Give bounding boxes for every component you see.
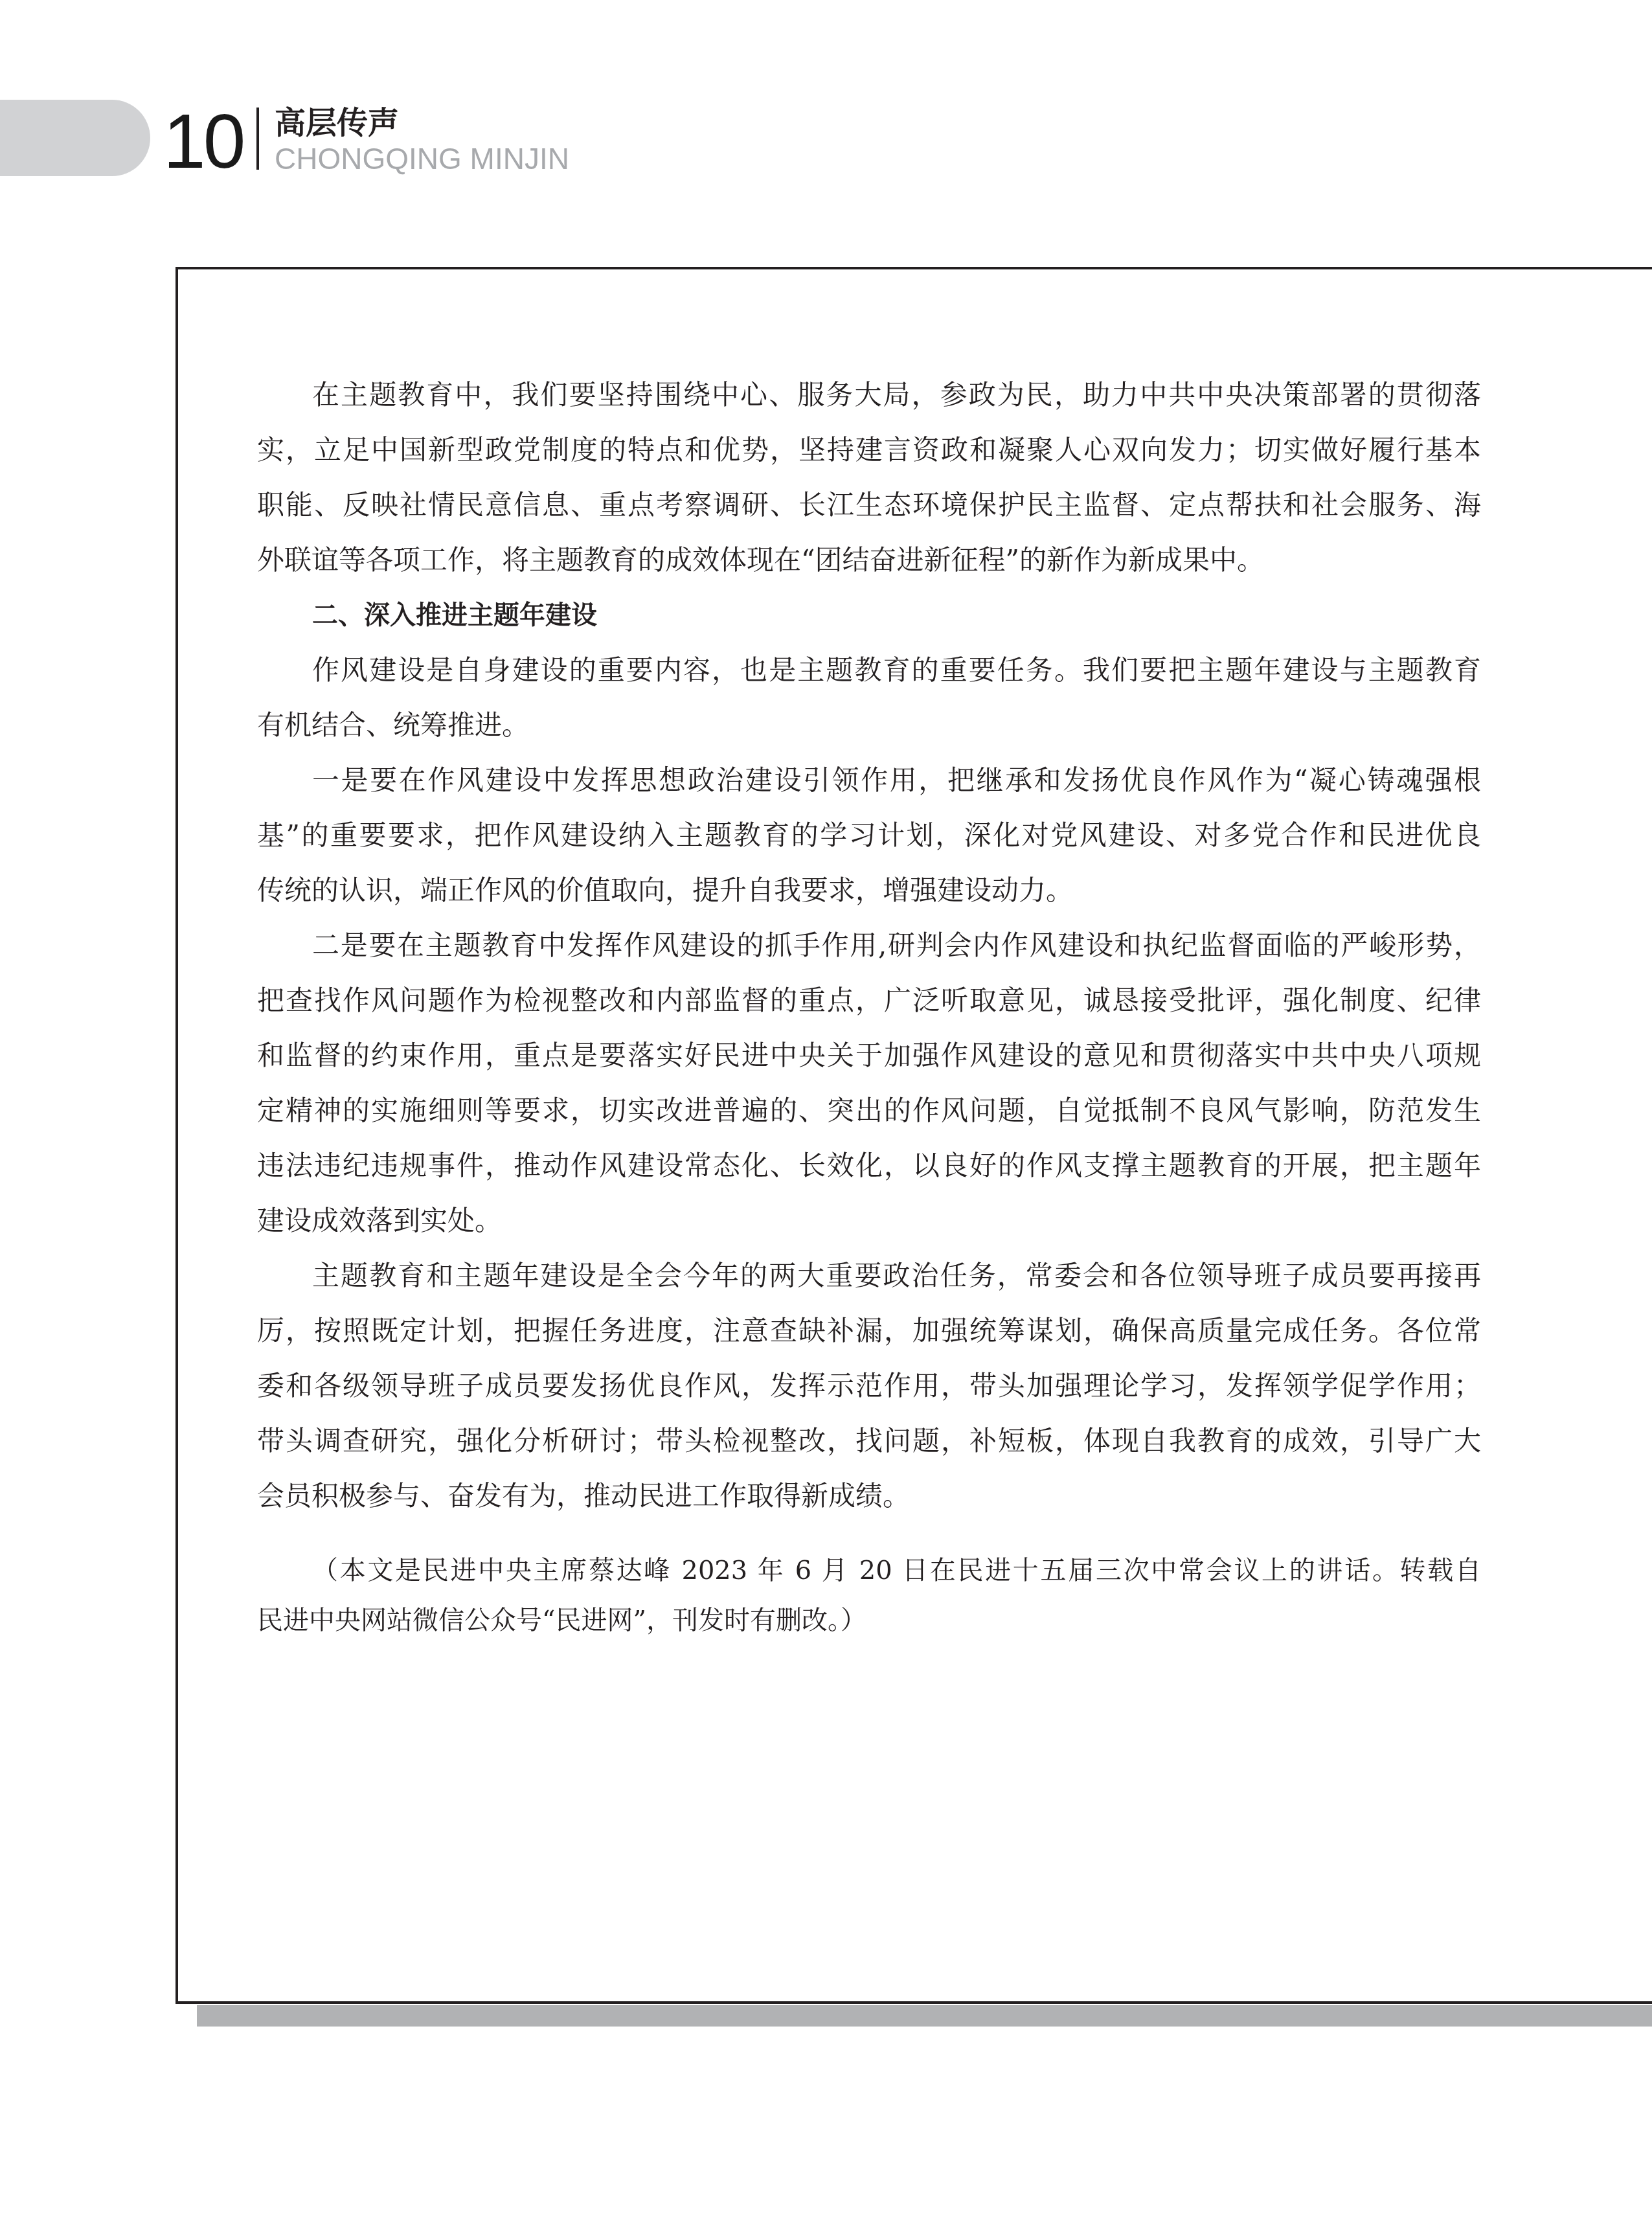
paragraph-5-line: 委和各级领导班子成员要发扬优良作风，发挥示范作用，带头加强理论学习，发挥领学促学… [257,1370,1481,1402]
section-title: 高层传声 [275,105,399,141]
paragraph-2-line: 作风建设是自身建设的重要内容，也是主题教育的重要任务。我们要把主题年建设与主题教… [312,654,1481,687]
header-divider [256,108,259,170]
paragraph-1-line: 外联谊等各项工作，将主题教育的成效体现在“团结奋进新征程”的新作为新成果中。 [257,544,1481,576]
frame-shadow-bar [197,2005,1652,2027]
source-note-line: 民进中央网站微信公众号“民进网”，刊发时有删改。） [257,1604,1481,1637]
paragraph-4-line: 二是要在主题教育中发挥作风建设的抓手作用,研判会内作风建设和执纪监督面临的严峻形… [312,929,1481,962]
source-note-line: （本文是民进中央主席蔡达峰 2023 年 6 月 20 日在民进十五届三次中常会… [312,1554,1481,1587]
paragraph-4-line: 建设成效落到实处。 [257,1205,1481,1237]
page-number: 10 [163,104,243,180]
paragraph-2-line: 有机结合、统筹推进。 [257,709,1481,742]
paragraph-5-line: 带头调查研究，强化分析研讨；带头检视整改，找问题，补短板，体现自我教育的成效，引… [257,1425,1481,1457]
paragraph-5-line: 会员积极参与、奋发有为，推动民进工作取得新成绩。 [257,1480,1481,1512]
paragraph-1-line: 在主题教育中，我们要坚持围绕中心、服务大局，参政为民，助力中共中央决策部署的贯彻… [312,379,1481,411]
paragraph-4-line: 和监督的约束作用，重点是要落实好民进中央关于加强作风建设的意见和贯彻落实中共中央… [257,1039,1481,1072]
paragraph-4-line: 定精神的实施细则等要求，切实改进普遍的、突出的作风问题，自觉抵制不良风气影响，防… [257,1095,1481,1127]
paragraph-3-line: 一是要在作风建设中发挥思想政治建设引领作用，把继承和发扬优良作风作为“凝心铸魂强… [312,764,1481,797]
paragraph-1-line: 实，立足中国新型政党制度的特点和优势，坚持建言资政和凝聚人心双向发力；切实做好履… [257,434,1481,466]
paragraph-1-line: 职能、反映社情民意信息、重点考察调研、长江生态环境保护民主监督、定点帮扶和社会服… [257,489,1481,521]
paragraph-4-line: 违法违纪违规事件，推动作风建设常态化、长效化，以良好的作风支撑主题教育的开展，把… [257,1150,1481,1182]
paragraph-5-line: 主题教育和主题年建设是全会今年的两大重要政治任务，常委会和各位领导班子成员要再接… [312,1260,1481,1292]
section-tab [0,100,150,176]
paragraph-3-line: 基”的重要要求，把作风建设纳入主题教育的学习计划，深化对党风建设、对多党合作和民… [257,819,1481,852]
section-heading: 二、深入推进主题年建设 [312,599,1481,631]
paragraph-4-line: 把查找作风问题作为检视整改和内部监督的重点，广泛听取意见，诚恳接受批评，强化制度… [257,984,1481,1017]
paragraph-5-line: 厉，按照既定计划，把握任务进度，注意查缺补漏，加强统筹谋划，确保高质量完成任务。… [257,1315,1481,1347]
paragraph-3-line: 传统的认识，端正作风的价值取向，提升自我要求，增强建设动力。 [257,874,1481,907]
article-frame [175,267,1652,2004]
section-subtitle: CHONGQING MINJIN [275,144,569,174]
